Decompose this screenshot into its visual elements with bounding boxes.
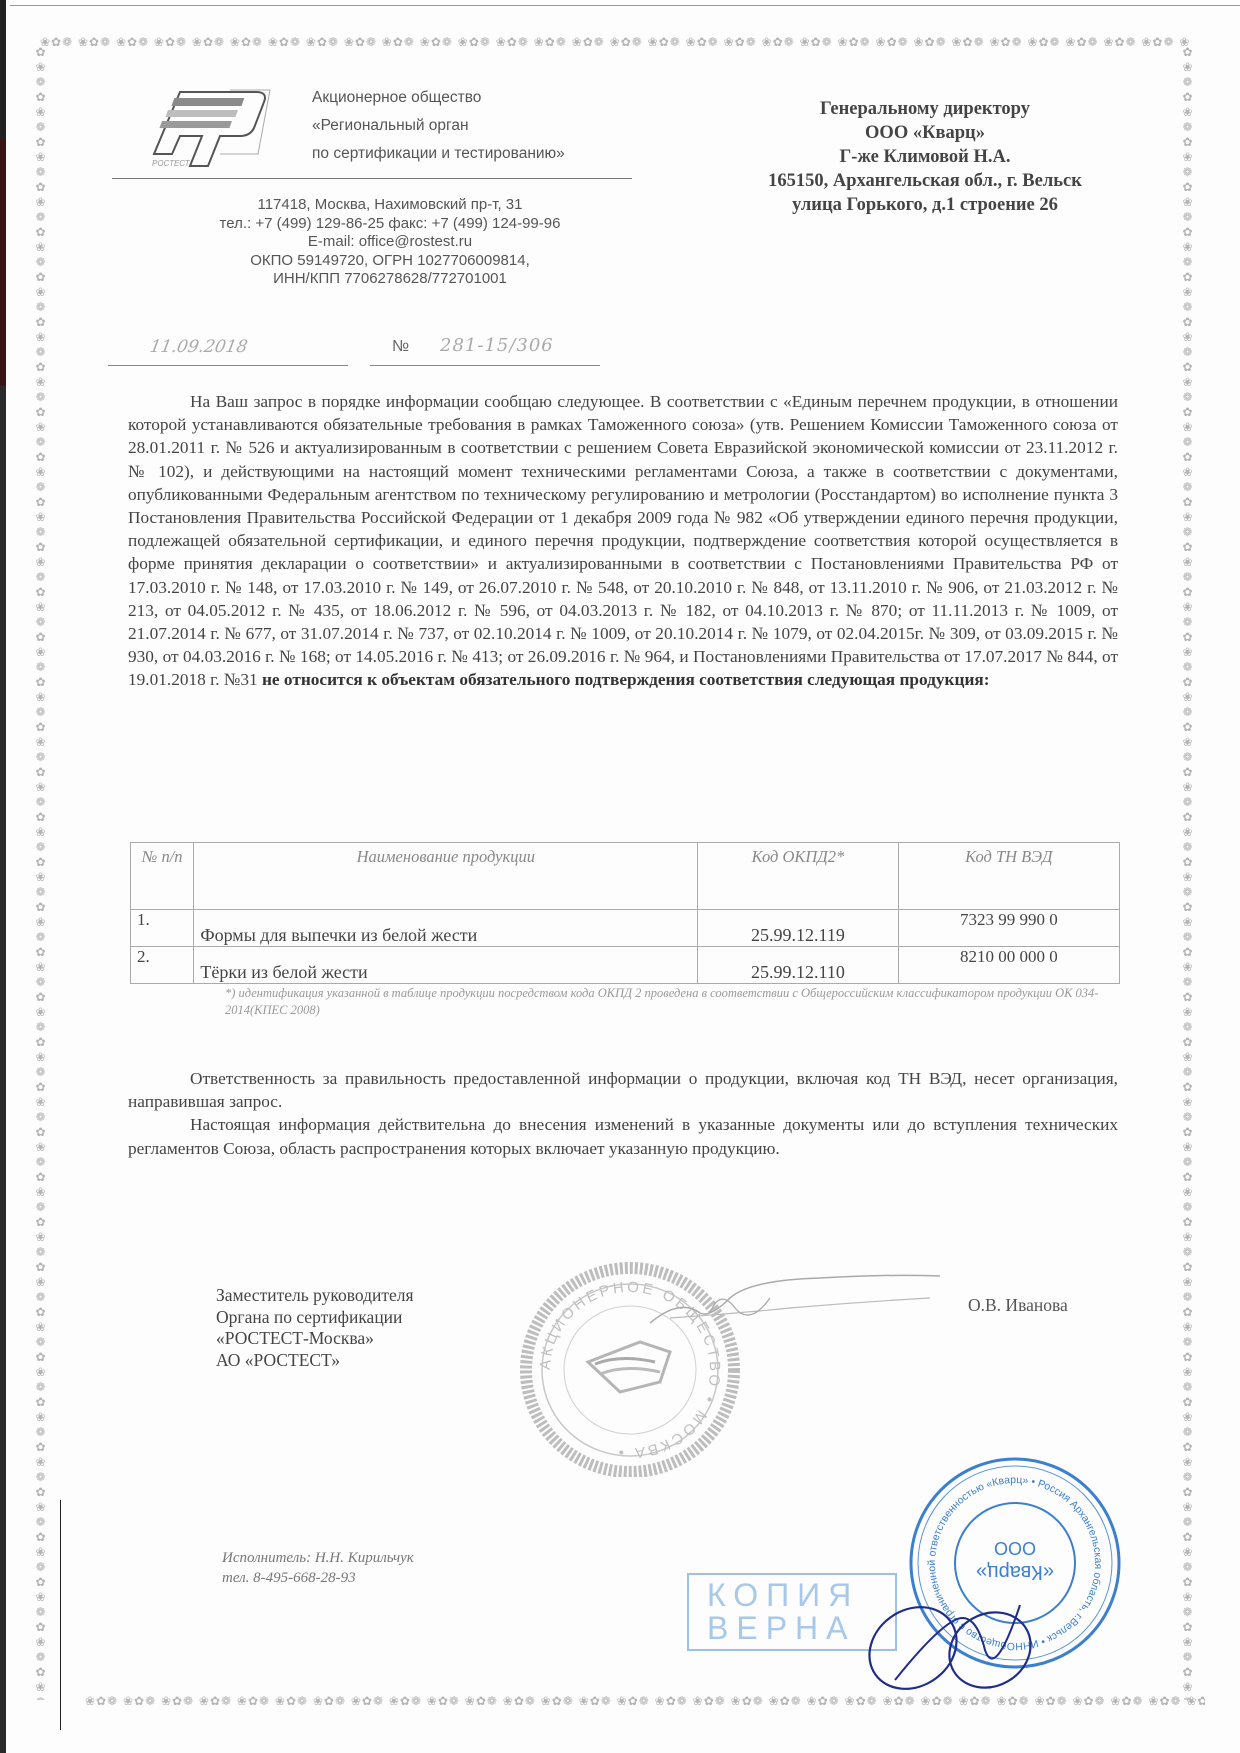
number-label: №	[392, 338, 409, 356]
product-name: Формы для выпечки из белой жести	[194, 910, 698, 947]
table-footnote: *) идентификация указанной в таблице про…	[225, 985, 1105, 1019]
addressee-line: ООО «Кварц»	[725, 121, 1125, 145]
org-line: «Региональный орган	[312, 112, 565, 140]
okpd2-code: 25.99.12.119	[698, 910, 899, 947]
scan-top-line	[10, 5, 1240, 6]
org-inn-kpp: ИНН/КПП 7706278628/772701001	[160, 270, 620, 289]
product-name: Тёрки из белой жести	[194, 947, 698, 984]
executor-info: Исполнитель: Н.Н. Кирильчук тел. 8-495-6…	[222, 1548, 414, 1588]
tnved-code: 8210 00 000 0	[898, 947, 1119, 984]
table-row: 1. Формы для выпечки из белой жести 25.9…	[131, 910, 1120, 947]
intro-conclusion: не относится к объектам обязательного по…	[262, 670, 990, 689]
table-header-row: № п/п Наименование продукции Код ОКПД2* …	[131, 843, 1120, 910]
svg-text:«Кварц»: «Кварц»	[976, 1561, 1054, 1583]
intro-paragraph: На Ваш запрос в порядке информации сообщ…	[128, 390, 1118, 692]
position-line: Органа по сертификации	[216, 1307, 414, 1329]
ornament-border-right: ✿❀❁✿❀❁✿❀❁✿❀❁✿❀❁✿❀❁✿❀❁✿❀❁✿❀❁✿❀❁✿❀❁✿❀❁✿❀❁✿…	[1180, 45, 1196, 1700]
executor-phone: тел. 8-495-668-28-93	[222, 1568, 414, 1588]
org-line: Акционерное общество	[312, 84, 565, 112]
org-name: Акционерное общество «Региональный орган…	[312, 84, 565, 168]
ink-signature-icon	[855, 1590, 1065, 1700]
org-phone-fax: тел.: +7 (499) 129-86-25 факс: +7 (499) …	[160, 215, 620, 234]
org-email: E-mail: office@rostest.ru	[160, 233, 620, 252]
row-number: 1.	[131, 910, 194, 947]
header-product-name: Наименование продукции	[194, 843, 698, 910]
svg-text:РОСТЕСТ: РОСТЕСТ	[152, 159, 191, 168]
ornament-border-left: ✿❀❁✿❀❁✿❀❁✿❀❁✿❀❁✿❀❁✿❀❁✿❀❁✿❀❁✿❀❁✿❀❁✿❀❁✿❀❁✿…	[33, 45, 49, 1700]
closing-paragraphs: Ответственность за правильность предоста…	[128, 1067, 1118, 1160]
addressee-line: Генеральному директору	[725, 97, 1125, 121]
signer-position: Заместитель руководителя Органа по серти…	[216, 1285, 414, 1371]
scan-edge-strip	[0, 0, 6, 1753]
table-row: 2. Тёрки из белой жести 25.99.12.110 821…	[131, 947, 1120, 984]
addressee-block: Генеральному директору ООО «Кварц» Г-же …	[725, 97, 1125, 217]
row-number: 2.	[131, 947, 194, 984]
org-line: по сертификации и тестированию»	[312, 140, 565, 168]
svg-text:ООО: ООО	[994, 1538, 1036, 1558]
responsibility-paragraph: Ответственность за правильность предоста…	[128, 1067, 1118, 1113]
org-address: 117418, Москва, Нахимовский пр-т, 31	[160, 196, 620, 215]
header-okpd2: Код ОКПД2*	[698, 843, 899, 910]
position-line: АО «РОСТЕСТ»	[216, 1350, 414, 1372]
header-divider	[112, 178, 632, 179]
rostest-logo-icon: РОСТЕСТ	[150, 88, 272, 170]
position-line: «РОСТЕСТ-Москва»	[216, 1328, 414, 1350]
validity-paragraph: Настоящая информация действительна до вн…	[128, 1113, 1118, 1159]
signer-name: О.В. Иванова	[968, 1295, 1068, 1316]
addressee-line: Г-же Климовой Н.А.	[725, 145, 1125, 169]
addressee-line: 165150, Архангельская обл., г. Вельск	[725, 169, 1125, 193]
intro-text: На Ваш запрос в порядке информации сообщ…	[128, 392, 1118, 689]
number-underline	[370, 365, 600, 366]
header-tnved: Код ТН ВЭД	[898, 843, 1119, 910]
outgoing-number: 281-15/306	[440, 335, 554, 356]
date-underline	[108, 365, 348, 366]
org-registration: ОКПО 59149720, ОГРН 1027706009814,	[160, 252, 620, 271]
position-line: Заместитель руководителя	[216, 1285, 414, 1307]
okpd2-code: 25.99.12.110	[698, 947, 899, 984]
tnved-code: 7323 99 990 0	[898, 910, 1119, 947]
products-table: № п/п Наименование продукции Код ОКПД2* …	[130, 842, 1120, 984]
executor-name: Исполнитель: Н.Н. Кирильчук	[222, 1548, 414, 1568]
org-contacts: 117418, Москва, Нахимовский пр-т, 31 тел…	[160, 196, 620, 289]
outgoing-date: 11.09.2018	[148, 337, 249, 357]
scan-vertical-line	[60, 1500, 61, 1730]
handwritten-signature-icon	[640, 1268, 960, 1338]
header-number: № п/п	[131, 843, 194, 910]
addressee-line: улица Горького, д.1 строение 26	[725, 193, 1125, 217]
ornament-border-top: ❀✿❁ ❀✿❁ ❀✿❁ ❀✿❁ ❀✿❁ ❀✿❁ ❀✿❁ ❀✿❁ ❀✿❁ ❀✿❁ …	[40, 34, 1190, 50]
